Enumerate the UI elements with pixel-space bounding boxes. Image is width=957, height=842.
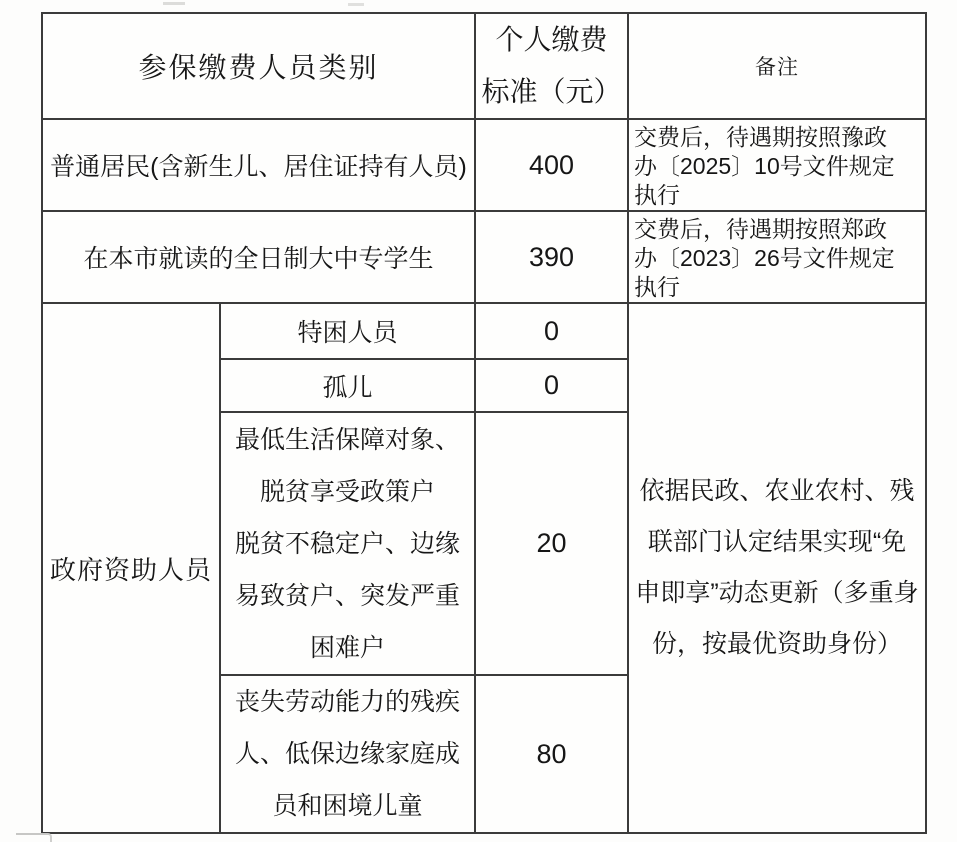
student-remark-cell: 交费后，待遇期按照郑政 办〔2023〕26号文件规定 执行: [628, 211, 926, 303]
subsidized-group-label: 政府资助人员: [50, 555, 212, 585]
remark-line: 份，按最优资助身份）: [629, 619, 925, 670]
orphan-fee-cell: 0: [475, 359, 628, 412]
remark-line: 交费后，待遇期按照豫政: [634, 123, 925, 152]
resident-category-label: 普通居民(含新生儿、居住证持有人员): [50, 153, 467, 181]
header-fee-line: 标准（元）: [476, 66, 627, 118]
tekun-fee-cell: 0: [475, 303, 628, 359]
resident-fee-value: 400: [529, 150, 574, 180]
remark-line: 联部门认定结果实现“免: [629, 517, 925, 568]
disabled-fee-value: 80: [536, 739, 566, 769]
scan-artifact: [348, 3, 364, 6]
category-line: 人、低保边缘家庭成: [221, 728, 474, 780]
scan-artifact: [16, 833, 52, 842]
insurance-fee-table: 参保缴费人员类别 个人缴费 标准（元） 备注 普通居民(含新生儿、居住证持有人员…: [41, 12, 927, 834]
scanned-table-page: 参保缴费人员类别 个人缴费 标准（元） 备注 普通居民(含新生儿、居住证持有人员…: [0, 0, 957, 842]
table-header-row: 参保缴费人员类别 个人缴费 标准（元） 备注: [42, 13, 926, 119]
header-fee-line: 个人缴费: [476, 14, 627, 66]
remark-line: 办〔2023〕26号文件规定: [634, 244, 925, 273]
dibao-fee-value: 20: [536, 528, 566, 558]
header-category-label: 参保缴费人员类别: [139, 52, 379, 83]
category-line: 丧失劳动能力的残疾: [221, 676, 474, 728]
header-remark-cell: 备注: [628, 13, 926, 119]
resident-category-cell: 普通居民(含新生儿、居住证持有人员): [42, 119, 475, 211]
category-line: 最低生活保障对象、: [221, 414, 474, 466]
dibao-fee-cell: 20: [475, 412, 628, 675]
category-line: 困难户: [221, 622, 474, 674]
remark-line: 办〔2025〕10号文件规定: [634, 152, 925, 181]
table-row: 政府资助人员 特困人员 0 依据民政、农业农村、残 联部门认定结果实现“免 申即…: [42, 303, 926, 359]
dibao-category-cell: 最低生活保障对象、 脱贫享受政策户 脱贫不稳定户、边缘 易致贫户、突发严重 困难…: [220, 412, 475, 675]
header-remark-label: 备注: [755, 56, 799, 79]
remark-line: 执行: [634, 181, 925, 210]
student-fee-value: 390: [529, 242, 574, 272]
orphan-category-cell: 孤儿: [220, 359, 475, 412]
category-line: 易致贫户、突发严重: [221, 570, 474, 622]
disabled-fee-cell: 80: [475, 675, 628, 833]
remark-line: 申即享”动态更新（多重身: [629, 568, 925, 619]
resident-fee-cell: 400: [475, 119, 628, 211]
orphan-fee-value: 0: [544, 370, 559, 400]
subsidized-remark-cell: 依据民政、农业农村、残 联部门认定结果实现“免 申即享”动态更新（多重身 份，按…: [628, 303, 926, 833]
category-line: 脱贫享受政策户: [221, 466, 474, 518]
orphan-category-label: 孤儿: [323, 374, 373, 402]
remark-line: 依据民政、农业农村、残: [629, 466, 925, 517]
category-line: 脱贫不稳定户、边缘: [221, 518, 474, 570]
resident-remark-cell: 交费后，待遇期按照豫政 办〔2025〕10号文件规定 执行: [628, 119, 926, 211]
student-category-cell: 在本市就读的全日制大中专学生: [42, 211, 475, 303]
table-row: 在本市就读的全日制大中专学生 390 交费后，待遇期按照郑政 办〔2023〕26…: [42, 211, 926, 303]
remark-line: 执行: [634, 273, 925, 302]
table-row: 普通居民(含新生儿、居住证持有人员) 400 交费后，待遇期按照豫政 办〔202…: [42, 119, 926, 211]
header-category-cell: 参保缴费人员类别: [42, 13, 475, 119]
remark-line: 交费后，待遇期按照郑政: [634, 215, 925, 244]
student-category-label: 在本市就读的全日制大中专学生: [84, 245, 434, 273]
disabled-category-cell: 丧失劳动能力的残疾 人、低保边缘家庭成 员和困境儿童: [220, 675, 475, 833]
header-fee-cell: 个人缴费 标准（元）: [475, 13, 628, 119]
student-fee-cell: 390: [475, 211, 628, 303]
scan-artifact: [163, 2, 185, 5]
tekun-category-cell: 特困人员: [220, 303, 475, 359]
tekun-category-label: 特困人员: [298, 319, 398, 347]
subsidized-group-cell: 政府资助人员: [42, 303, 220, 833]
tekun-fee-value: 0: [544, 316, 559, 346]
category-line: 员和困境儿童: [221, 780, 474, 832]
